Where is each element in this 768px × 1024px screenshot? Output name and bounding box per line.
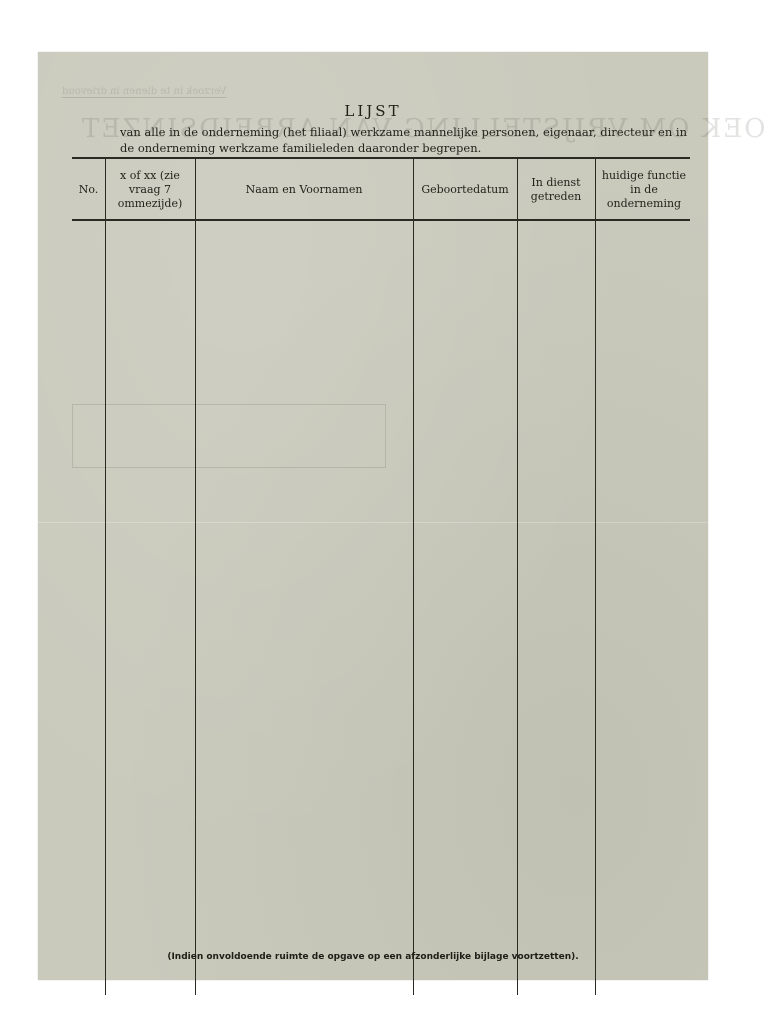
column-header-no: No. [72, 159, 105, 221]
document-title: LIJST [38, 102, 708, 120]
column-header-naam: Naam en Voornamen [196, 159, 412, 221]
document-subtitle: van alle in de onderneming (het filiaal)… [120, 124, 700, 156]
footer-note: (Indien onvoldoende ruimte de opgave op … [38, 952, 708, 962]
column-divider [517, 157, 518, 995]
column-header-functie: huidige functie in de onderneming [596, 159, 692, 221]
column-divider [413, 157, 414, 995]
column-header-x-of-xx: x of xx (zie vraag 7 ommezijde) [108, 159, 192, 221]
document-page: Verzoek in te dienen in drievoud VERZOEK… [38, 52, 708, 980]
column-header-in-dienst: In dienst getreden [522, 159, 590, 221]
personnel-table [72, 157, 690, 995]
column-divider [595, 157, 596, 995]
column-header-geboortedatum: Geboortedatum [414, 159, 516, 221]
column-divider [105, 157, 106, 995]
column-divider [195, 157, 196, 995]
bleed-through-text: Verzoek in te dienen in drievoud [62, 86, 227, 98]
